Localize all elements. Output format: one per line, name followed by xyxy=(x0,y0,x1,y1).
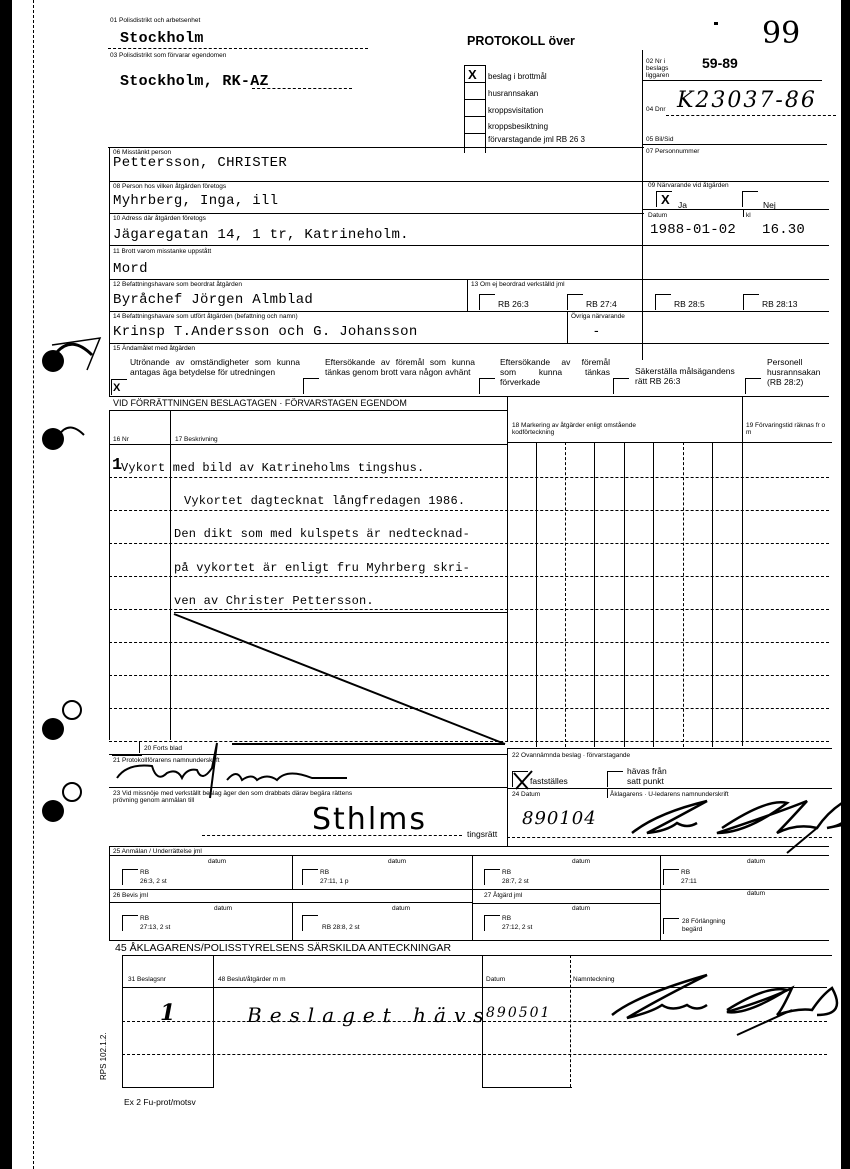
option-label: husrannsakan xyxy=(488,89,538,98)
rb-27-12-2st-checkbox[interactable] xyxy=(484,915,500,931)
property-section-title: VID FÖRRÄTTNINGEN BESLAGTAGEN · FÖRVARST… xyxy=(113,398,407,408)
option-label: RB 27:4 xyxy=(586,300,617,309)
rb-28-8-2st-checkbox[interactable] xyxy=(302,915,318,931)
date-label: datum xyxy=(208,858,226,865)
field-15-label: 15 Ändamålet med åtgärden xyxy=(113,345,195,352)
field-12-label: 12 Befattningshavare som beordrat åtgärd… xyxy=(113,281,242,288)
page-number: 99 xyxy=(762,16,800,51)
rb-label: RB xyxy=(140,869,149,876)
time-value: 16.30 xyxy=(762,222,805,238)
checkbox-mark: X xyxy=(661,193,670,207)
date-label: datum xyxy=(388,858,406,865)
field-09-label: 09 Närvarande vid åtgärden xyxy=(648,182,729,189)
notes-column-header: Datum xyxy=(486,976,505,983)
checkbox-mark: X xyxy=(113,381,120,395)
purpose-2-checkbox[interactable] xyxy=(303,378,319,394)
fold-line xyxy=(33,0,34,1169)
description-line: ven av Christer Pettersson. xyxy=(174,594,374,608)
purpose-5-checkbox[interactable] xyxy=(745,378,761,394)
rb-ref: 28:7, 2 st xyxy=(502,878,529,885)
date-label: datum xyxy=(392,905,410,912)
decision-date: 890104 xyxy=(522,808,597,829)
field-07-label: 07 Personnummer xyxy=(646,148,699,155)
field-06-value: Pettersson, CHRISTER xyxy=(113,155,287,171)
rb-27-4-checkbox[interactable] xyxy=(567,294,583,310)
hole-tear-decoration xyxy=(54,420,94,450)
field-10-label: 10 Adress där åtgärden företogs xyxy=(113,215,206,222)
field-03-value: Stockholm, RK-AZ xyxy=(120,73,269,90)
revoke-checkbox[interactable] xyxy=(607,771,623,787)
field-24-label: 24 Datum xyxy=(512,791,540,798)
purpose-1-label: Utrönande av omständigheter som kunna an… xyxy=(130,357,300,377)
rb-27-11-checkbox[interactable] xyxy=(663,869,679,885)
confirm-label: fastställes xyxy=(530,777,568,786)
field-02-label: 02 Nr i beslags liggaren xyxy=(646,58,686,79)
form-title: PROTOKOLL över xyxy=(467,34,575,48)
option-label: RB 28:13 xyxy=(762,300,797,309)
punch-ring-decoration xyxy=(62,782,82,802)
checkbox-mark[interactable]: X xyxy=(468,68,477,82)
present-no-checkbox[interactable] xyxy=(742,191,758,207)
court-suffix: tingsrätt xyxy=(467,830,497,839)
rb-27-13-2st-checkbox[interactable] xyxy=(122,915,138,931)
option-label: beslag i brottmål xyxy=(488,72,547,81)
seizure-number: 1 xyxy=(160,1000,175,1026)
date-label: datum xyxy=(214,905,232,912)
option-label: RB 26:3 xyxy=(498,300,529,309)
field-22-label: 22 Ovannämnda beslag · förvarstagande xyxy=(512,752,630,759)
rb-ref: RB 28:8, 2 st xyxy=(322,924,360,931)
rb-label: RB xyxy=(502,869,511,876)
field-14-value: Krinsp T.Andersson och G. Johansson xyxy=(113,324,418,340)
date-label: datum xyxy=(747,858,765,865)
rb-ref: 27:11, 1 p xyxy=(320,878,348,885)
hole-tear-decoration xyxy=(52,330,112,390)
revoke-label: hävas från satt punkt xyxy=(627,766,682,786)
rb-28-5-checkbox[interactable] xyxy=(655,294,671,310)
rb-26-3-checkbox[interactable] xyxy=(479,294,495,310)
punch-ring-decoration xyxy=(62,700,82,720)
date-label: Datum xyxy=(648,212,667,219)
notes-column-header: 48 Beslut/åtgärder m m xyxy=(218,976,286,983)
form-code: RPS 102.1.2. xyxy=(99,1032,108,1080)
option-label: förvarstagande jml RB 26 3 xyxy=(488,135,585,144)
field-14-label: 14 Befattningshavare som utfört åtgärden… xyxy=(113,313,298,320)
prosecutor-signature xyxy=(627,793,850,853)
date-label: datum xyxy=(572,905,590,912)
description-line: Vykort med bild av Katrineholms tingshus… xyxy=(121,461,424,475)
purpose-3-label: Eftersökande av föremål som kunna tänkas… xyxy=(500,357,610,387)
time-label: kl xyxy=(746,212,751,219)
court-name: Sthlms xyxy=(312,802,427,837)
rb-ref: 27:11 xyxy=(681,878,697,885)
others-present-label: Övriga närvarande xyxy=(571,313,625,320)
field-01-value: Stockholm xyxy=(120,30,204,47)
void-diagonal-line xyxy=(172,612,512,752)
description-line: Den dikt som med kulspets är nedtecknad- xyxy=(174,527,470,541)
description-line: på vykortet är enligt fru Myhrberg skri- xyxy=(174,561,470,575)
rb-28-13-checkbox[interactable] xyxy=(743,294,759,310)
notes-column-header: 31 Beslagsnr xyxy=(128,976,166,983)
notes-date: 890501 xyxy=(486,1005,551,1021)
punch-hole-decoration xyxy=(42,718,64,740)
field-12-value: Byråchef Jörgen Almblad xyxy=(113,292,313,308)
rb-label: RB xyxy=(681,869,690,876)
field-18-label: 18 Markering av åtgärder enligt omståend… xyxy=(512,422,652,436)
field-11-value: Mord xyxy=(113,261,148,277)
description-line: Vykortet dagtecknat långfredagen 1986. xyxy=(184,494,465,508)
date-value: 1988-01-02 xyxy=(650,222,736,238)
field-04-value: K23037-86 xyxy=(677,88,817,113)
decision-text: Beslaget hävs xyxy=(247,1003,492,1027)
field-26-label: 26 Bevis jml xyxy=(113,892,148,899)
field-08-value: Myhrberg, Inga, ill xyxy=(113,193,278,209)
field-25-label: 25 Anmälan / Underrättelse jml xyxy=(113,848,202,855)
notes-section-title: 45 ÅKLAGARENS/POLISSTYRELSENS SÄRSKILDA … xyxy=(115,942,451,954)
field-17-label: 17 Beskrivning xyxy=(175,436,218,443)
field-04-label: 04 Dnr xyxy=(646,106,666,113)
rb-28-7-2st-checkbox[interactable] xyxy=(484,869,500,885)
purpose-4-checkbox[interactable] xyxy=(613,378,629,394)
option-label: kroppsvisitation xyxy=(488,106,543,115)
document-page: 01 Polisdistrikt och arbetsenhet Stockho… xyxy=(12,0,841,1169)
field-13-label: 13 Om ej beordrad verkställd jml xyxy=(471,281,565,288)
rb-label: RB xyxy=(502,915,511,922)
copy-note: Ex 2 Fu-prot/motsv xyxy=(124,1097,196,1107)
officer-signature xyxy=(112,738,362,788)
rb-label: RB xyxy=(140,915,149,922)
date-label: datum xyxy=(572,858,590,865)
field-16-label: 16 Nr xyxy=(113,436,129,443)
rb-ref: 27:12, 2 st xyxy=(502,924,532,931)
field-19-label: 19 Förvaringstid räknas fr o m xyxy=(746,422,826,436)
field-11-label: 11 Brott varom misstanke uppstått xyxy=(113,248,211,255)
rb-ref: 26:3, 2 st xyxy=(140,878,167,885)
field-08-label: 08 Person hos vilken åtgärden företogs xyxy=(113,183,226,190)
rb-label: RB xyxy=(320,869,329,876)
option-label: RB 28:5 xyxy=(674,300,705,309)
others-present-value: - xyxy=(594,322,599,338)
field-02-value: 59-89 xyxy=(702,55,738,71)
option-label: kroppsbesiktning xyxy=(488,122,548,131)
field-28-label: 28 Förlängning begärd xyxy=(682,918,742,934)
purpose-2-label: Eftersökande av föremål som kunna tänkas… xyxy=(325,357,475,377)
field-27-label: 27 Åtgärd jml xyxy=(484,892,522,899)
rb-26-3-2st-checkbox[interactable] xyxy=(122,869,138,885)
field-01-label: 01 Polisdistrikt och arbetsenhet xyxy=(110,17,200,24)
purpose-5-label: Personell husrannsakan (RB 28:2) xyxy=(767,357,832,387)
purpose-4-label: Säkerställa målsägandens rätt RB 26:3 xyxy=(635,366,745,386)
rb-27-11-1p-checkbox[interactable] xyxy=(302,869,318,885)
field-10-value: Jägaregatan 14, 1 tr, Katrineholm. xyxy=(113,227,409,243)
field-03-label: 03 Polisdistrikt som förvarar egendomen xyxy=(110,52,226,59)
extension-requested-checkbox[interactable] xyxy=(663,918,679,934)
purpose-3-checkbox[interactable] xyxy=(479,378,495,394)
field-05-label: 05 Bil/Sid xyxy=(646,136,673,143)
rb-ref: 27:13, 2 st xyxy=(140,924,170,931)
punch-hole-decoration xyxy=(42,800,64,822)
date-label: datum xyxy=(747,890,765,897)
